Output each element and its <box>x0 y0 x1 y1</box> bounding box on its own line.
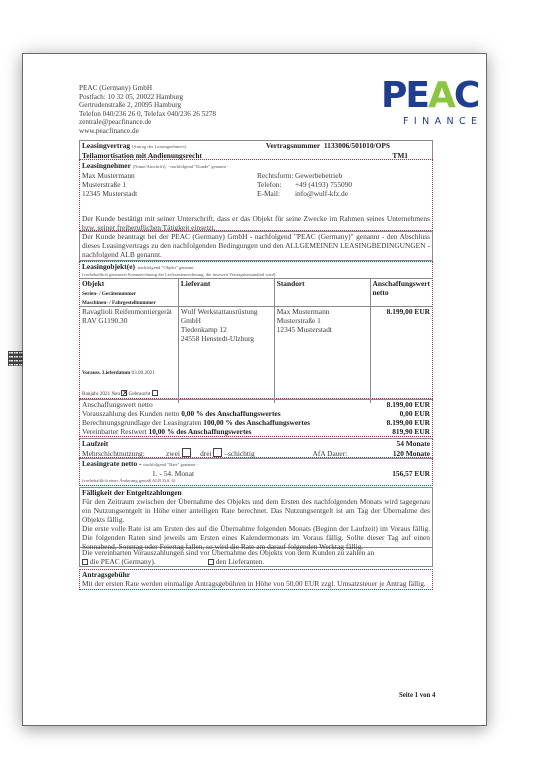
build-year-label: Baujahr <box>82 391 98 397</box>
col-objekt-sub1: Serien- / Gerätenummer <box>82 291 136 297</box>
supplier-line: Wulf Werkstattausrüstung <box>181 307 272 316</box>
calc-value: 8.199,00 EUR <box>387 418 430 427</box>
email-value: info@wulf-kfz.de <box>295 189 348 198</box>
pay-peac-label: die PEAC (Germany). <box>90 557 208 566</box>
shift-two-label: zwei <box>166 449 180 458</box>
prepayment-section: Die vereinbarten Vorauszahlungen sind vo… <box>79 548 433 567</box>
fee-title: Antragsgebühr <box>82 570 130 579</box>
application-fee-section: Antragsgebühr Mit der ersten Rate werden… <box>79 569 433 590</box>
multishift-label: Mehrschichtnutzung: <box>82 449 166 458</box>
logo-letter: P <box>381 75 405 116</box>
lessee-street: Musterstraße 1 <box>82 180 257 189</box>
sender-line: Gertrudenstraße 2, 20095 Hamburg <box>79 101 216 110</box>
supplier-line: Tiedenkamp 12 <box>181 325 272 334</box>
rate-title-note: nachfolgend "Rate" genannt - <box>143 462 197 467</box>
object-table-header: Objekt Serien- / Gerätenummer Maschinen-… <box>80 279 432 307</box>
calc-label: Vorauszahlung des Kunden netto <box>82 409 181 418</box>
legal-form-value: Gewerbebetrieb <box>295 171 342 180</box>
fee-text: Mit der ersten Rate werden einmalige Ant… <box>82 579 430 588</box>
sender-address: PEAC (Germany) GmbH Postfach: 10 32 05, … <box>79 84 216 136</box>
calc-bold: 100,00 % des Anschaffungswertes <box>203 418 310 427</box>
object-row: Ravaglioli Reifenmontiergerät RAV G1190.… <box>80 307 432 404</box>
object-note: (vorbehaltlich genauerer Kennzeichnung d… <box>80 272 432 279</box>
lessee-title-note: (Name/Anschrift), - nachfolgend "Kunde" … <box>133 164 229 169</box>
rate-title: Leasingrate netto - <box>82 459 142 468</box>
qr-code-icon <box>8 351 23 366</box>
contract-number: 1133006/501010/OPS <box>324 141 390 150</box>
term-value: 54 Monate <box>397 439 430 448</box>
calc-label: Vereinbarter Restwert <box>82 427 149 436</box>
object-value: 8.199,00 EUR <box>387 307 430 316</box>
calc-label: Anschaffungswert netto <box>82 400 153 409</box>
calc-value: 819,90 EUR <box>392 427 430 436</box>
lessee-section: Leasingnehmer (Name/Anschrift), - nachfo… <box>79 159 433 231</box>
contract-number-label: Vertragsnummer <box>266 141 320 150</box>
document-page: PEAC (Germany) GmbH Postfach: 10 32 05, … <box>22 53 487 726</box>
lessee-city: 12345 Musterstadt <box>82 189 257 198</box>
sender-line: Postfach: 10 32 05, 20022 Hamburg <box>79 93 216 102</box>
calc-bold: 0,00 % des Anschaffungswertes <box>181 409 280 418</box>
calc-row: Vorauszahlung des Kunden netto 0,00 % de… <box>80 409 432 418</box>
contract-title: Leasingvertrag <box>82 141 130 150</box>
leasing-object-section: Leasingobjekt(e)- nachfolgend "Objekt" g… <box>79 261 433 399</box>
used-checkbox[interactable] <box>152 390 158 396</box>
object-model: RAV G1190.30 <box>82 316 176 325</box>
supplier-line: 24558 Henstedt-Ulzburg <box>181 334 272 343</box>
afa-value: 120 Monate <box>393 449 430 458</box>
shift-three-checkbox[interactable] <box>213 448 222 457</box>
col-anschaffungswert: Anschaffungswert netto <box>373 279 430 297</box>
col-objekt: Objekt <box>82 279 104 288</box>
sender-line: www.peacfinance.de <box>79 127 216 136</box>
email-label: E-Mail: <box>257 189 295 198</box>
calc-row: Anschaffungswert netto8.199,00 EUR <box>80 400 432 409</box>
sender-line: PEAC (Germany) GmbH <box>79 84 216 93</box>
lessee-confirmation: Der Kunde bestätigt mit seiner Unterschr… <box>82 214 430 232</box>
contract-header: Leasingvertrag (Antrag des Leasingnehmer… <box>79 140 433 159</box>
calc-row: Vereinbarter Restwert 10,00 % des Anscha… <box>80 427 432 436</box>
shift-three-label: drei <box>200 449 212 458</box>
term-section: Laufzeit54 Monate Mehrschichtnutzung:zwe… <box>79 438 433 458</box>
calc-row: Berechnungsgrundlage der Leasingraten 10… <box>80 418 432 427</box>
new-checkbox[interactable] <box>121 390 127 396</box>
location-line: Musterstraße 1 <box>277 316 368 325</box>
pay-supplier-checkbox[interactable] <box>208 559 214 565</box>
due-section: Fälligkeit der Entgeltzahlungen Für den … <box>79 487 433 548</box>
logo-letter: E <box>405 75 428 116</box>
lessee-title: Leasingnehmer <box>82 161 131 170</box>
object-title-note: - nachfolgend "Objekt" genannt <box>135 265 193 270</box>
term-label: Laufzeit <box>82 439 108 448</box>
peac-finance-logo: PEAC FINANCE <box>381 78 487 134</box>
due-paragraph-1: Für den Zeitraum zwischen der Übernahme … <box>82 497 430 524</box>
calc-label: Berechnungsgrundlage der Leasingraten <box>82 418 203 427</box>
pay-peac-checkbox[interactable] <box>82 559 88 565</box>
rate-value: 156,57 EUR <box>392 469 430 478</box>
phone-value: +49 (4193) 755090 <box>295 180 352 189</box>
col-lieferant: Lieferant <box>181 279 211 288</box>
build-year: 2021 <box>100 391 110 397</box>
used-label: Gebraucht <box>129 391 151 397</box>
application-text: Der Kunde beantragt bei der PEAC (German… <box>79 231 433 261</box>
object-name: Ravaglioli Reifenmontiergerät <box>82 307 176 316</box>
calc-value: 0,00 EUR <box>400 409 430 418</box>
calculation-section: Anschaffungswert netto8.199,00 EUR Vorau… <box>79 399 433 437</box>
due-paragraph-2: Die erste volle Rate ist am Ersten des a… <box>82 524 430 551</box>
rate-period: 1. - 54. Monat <box>82 469 194 478</box>
logo-word: PEAC <box>381 78 478 114</box>
new-label: Neu <box>111 391 120 397</box>
calc-bold: 10,00 % des Anschaffungswertes <box>149 427 252 436</box>
col-objekt-sub2: Maschinen- / Fahrgestellnummer <box>82 300 156 306</box>
location-line: Max Mustermann <box>277 307 368 316</box>
rate-section: Leasingrate netto - nachfolgend "Rate" g… <box>79 458 433 486</box>
sender-line: Telefon 040/236 26 0, Telefax 040/236 26… <box>79 110 216 119</box>
object-title: Leasingobjekt(e) <box>82 262 135 271</box>
delivery-date: 03.09.2021 <box>132 370 155 376</box>
shift-two-checkbox[interactable] <box>182 448 191 457</box>
logo-letter: C <box>454 75 478 116</box>
legal-form-label: Rechtsform: <box>257 171 295 180</box>
logo-letter: A <box>428 75 454 116</box>
prepayment-text: Die vereinbarten Vorauszahlungen sind vo… <box>82 548 430 557</box>
lessee-name: Max Mustermann <box>82 171 257 180</box>
calc-value: 8.199,00 EUR <box>387 400 430 409</box>
pay-supplier-label: den Lieferanten. <box>216 557 264 566</box>
contract-title-note: (Antrag des Leasingnehmers) <box>132 144 186 149</box>
sender-line: zentrale@peacfinance.de <box>79 118 216 127</box>
shift-suffix: –schichtig <box>224 449 254 458</box>
col-standort: Standort <box>277 279 305 288</box>
page-number: Seite 1 von 4 <box>399 692 435 699</box>
afa-label: AfA Dauer: <box>313 449 348 458</box>
logo-subtitle: FINANCE <box>403 116 482 127</box>
rate-note: (vorbehaltlich einer Änderung gemäß ALB … <box>80 478 432 484</box>
delivery-date-label: Vorauss. Lieferdatum <box>82 370 130 376</box>
location-line: 12345 Musterstadt <box>277 325 368 334</box>
phone-label: Telefon: <box>257 180 295 189</box>
supplier-line: GmbH <box>181 316 272 325</box>
due-title: Fälligkeit der Entgeltzahlungen <box>82 488 182 497</box>
object-table: Objekt Serien- / Gerätenummer Maschinen-… <box>80 279 432 403</box>
